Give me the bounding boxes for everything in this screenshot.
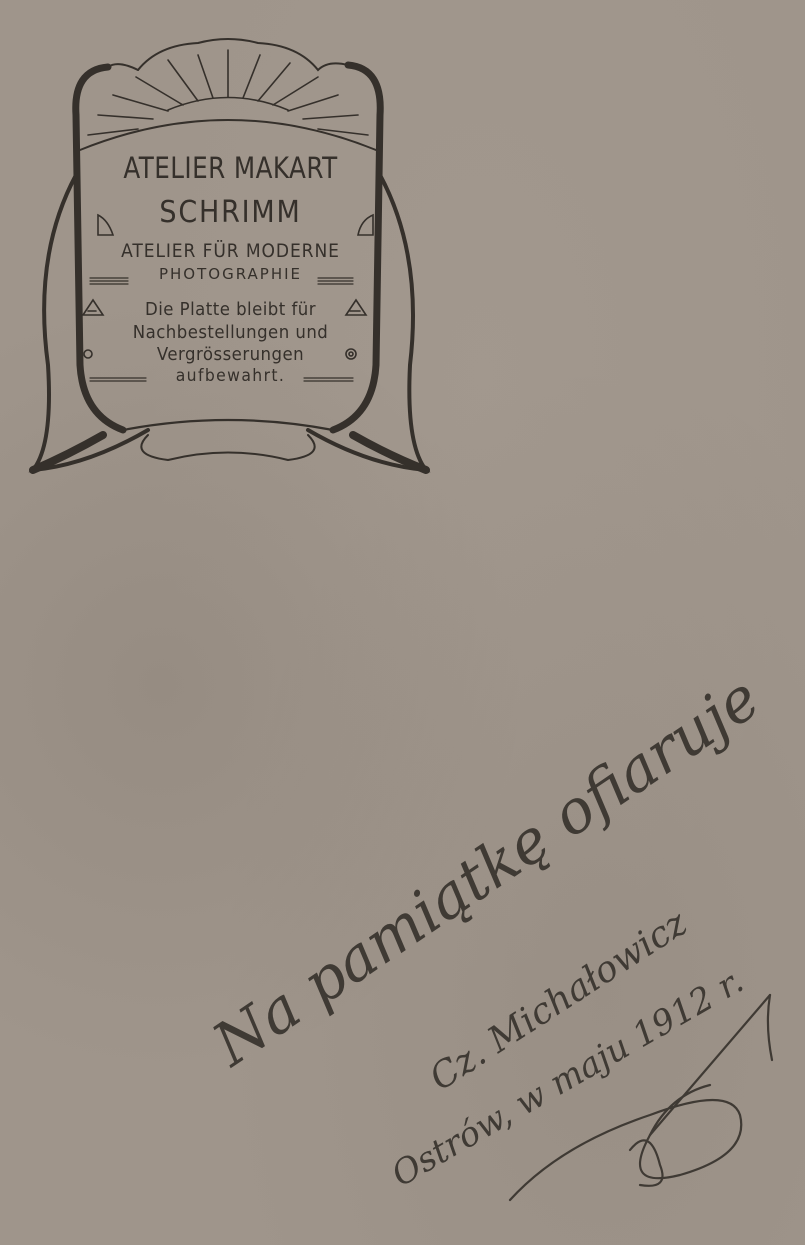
sunrise-ornament-icon [88,50,368,135]
studio-subtitle-1: ATELIER FÜR MODERNE [48,240,413,262]
notice-line: Nachbestellungen und [44,322,417,343]
studio-name: ATELIER MAKART [58,151,402,185]
studio-stamp: ATELIER MAKART SCHRIMM ATELIER FÜR MODER… [28,35,433,480]
photo-card-back: ATELIER MAKART SCHRIMM ATELIER FÜR MODER… [0,0,805,1245]
studio-city: SCHRIMM [48,195,413,230]
notice-line: Vergrösserungen [44,344,417,365]
notice-line: Die Platte bleibt für [44,299,417,320]
studio-subtitle-2: PHOTOGRAPHIE [28,265,433,283]
notice-line: aufbewahrt. [44,366,417,386]
signature-flourish-icon [500,975,800,1215]
